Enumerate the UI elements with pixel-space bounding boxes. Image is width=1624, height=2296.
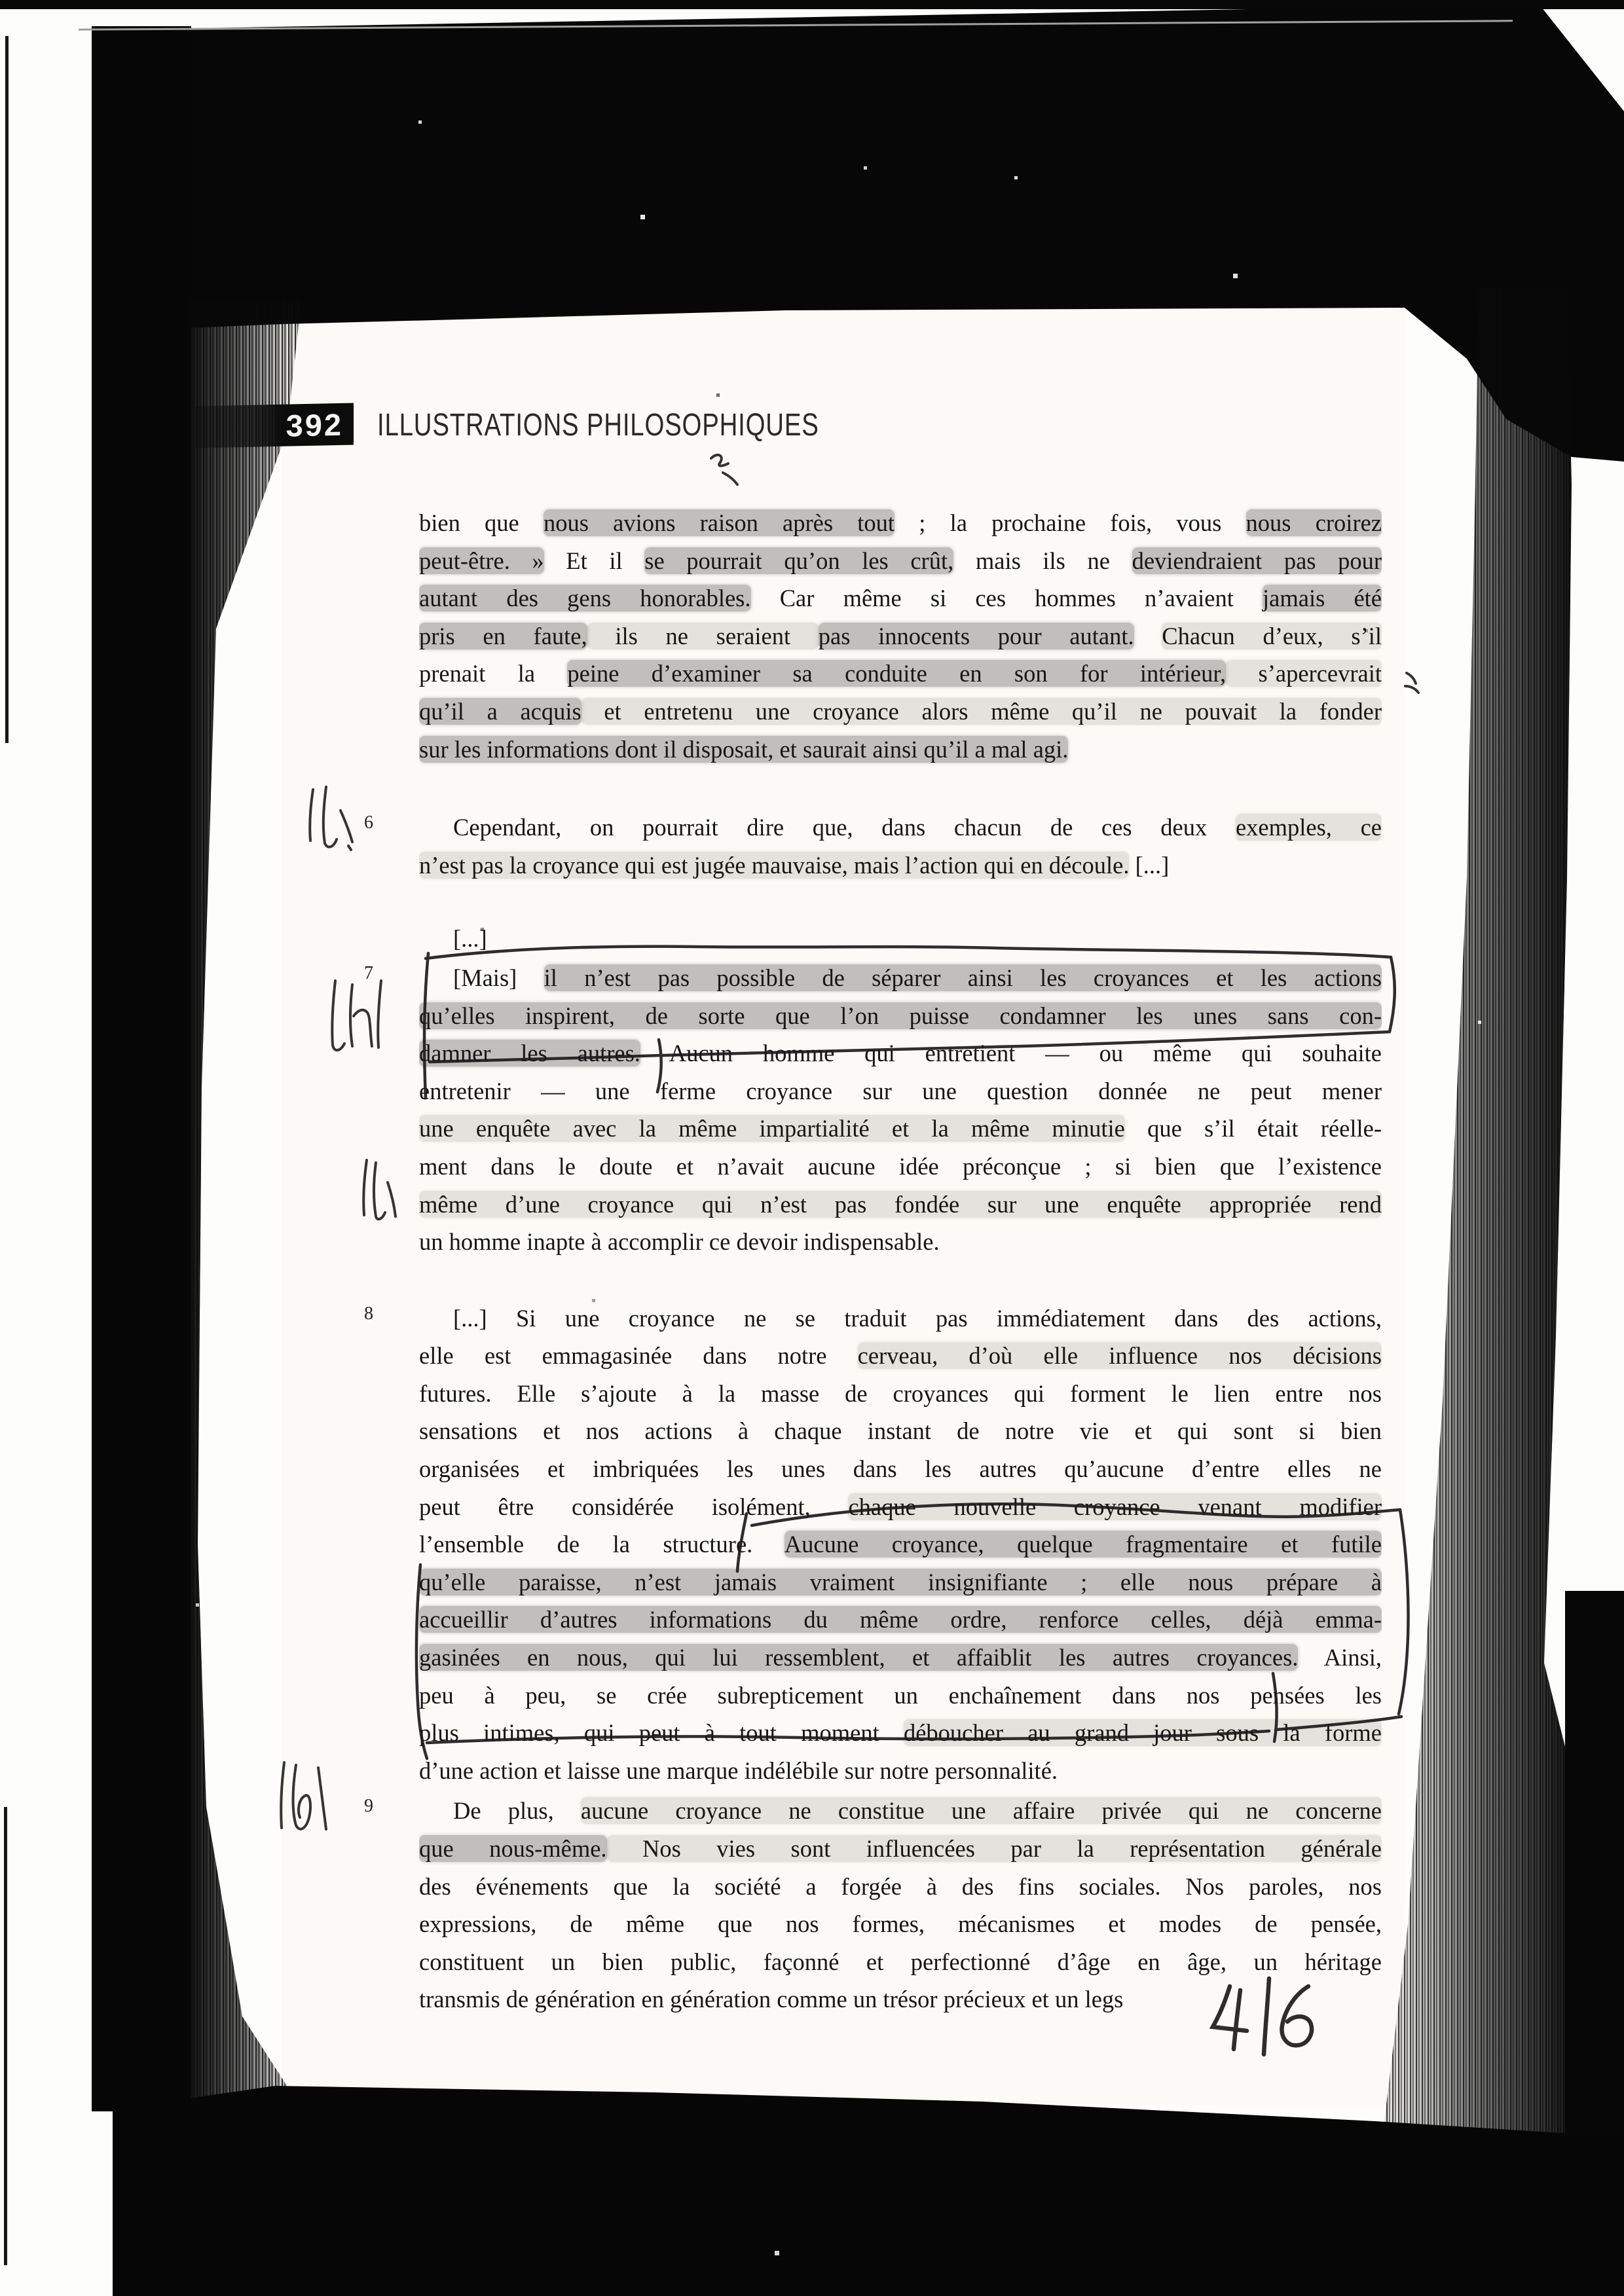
highlighted-text: accueillir d’autres informations du même… [419,1606,1382,1633]
body-text: mais ils ne [953,547,1132,574]
body-text: [Mais] [453,964,544,991]
highlighted-text: une enquête avec la même impartialité et… [419,1115,1125,1142]
highlighted-text: peut-être. » [419,547,544,574]
body-text: ; la prochaine fois, vous [895,509,1246,536]
body-text: bien que [419,509,544,536]
text-line: [Mais] il n’est pas possible de séparer … [419,959,1382,997]
highlighted-text: jamais été [1263,585,1382,611]
body-text: constituent un bien public, façonné et p… [419,1948,1382,1975]
text-line: [...] [419,920,1382,958]
scan-dark-speckles [0,0,2,2]
highlighted-text: et entretenu une croyance alors même qu’… [581,698,1382,725]
text-line: qu’elles inspirent, de sorte que l’on pu… [419,997,1382,1035]
highlighted-text: ils ne seraient [587,623,819,649]
text-line: organisées et imbriquées les unes dans l… [419,1450,1382,1488]
text-line: peu à peu, se crée subrepticement un enc… [419,1677,1382,1715]
text-line: damner les autres. Aucun homme qui entre… [419,1034,1382,1072]
text-line: ment dans le doute et n’avait aucune idé… [419,1148,1382,1186]
highlighted-text: damner les autres. [419,1040,640,1066]
body-text: sensations et nos actions à chaque insta… [419,1417,1382,1444]
highlighted-text: Nos vies sont influencées par la représe… [607,1835,1382,1862]
body-text: plus intimes, qui peut à tout moment [419,1719,904,1746]
highlighted-text: exemples, ce [1236,814,1382,841]
body-text: [...] [1129,852,1169,879]
paragraph: 7[Mais] il n’est pas possible de séparer… [419,959,1382,1261]
paragraph: 9De plus, aucune croyance ne constitue u… [419,1792,1382,2018]
text-line: constituent un bien public, façonné et p… [419,1943,1382,1981]
text-line: entretenir — une ferme croyance sur une … [419,1072,1382,1110]
page-number: 392 [286,406,343,443]
body-text: Cependant, on pourrait dire que, dans ch… [453,814,1236,841]
body-text: Car même si ces hommes n’avaient [751,585,1263,611]
paragraph-number: 9 [364,1796,373,1817]
text-line: elle est emmagasinée dans notre cerveau,… [419,1337,1382,1375]
body-text: transmis de génération en génération com… [419,1986,1123,2013]
paragraph: 8[...] Si une croyance ne se traduit pas… [419,1300,1382,1790]
highlighted-text: qu’elle paraisse, n’est jamais vraiment … [419,1569,1382,1595]
highlighted-text: peine d’examiner sa conduite en son for … [567,660,1226,687]
text-line: accueillir d’autres informations du même… [419,1601,1382,1639]
text-line: gasinées en nous, qui lui ressemblent, e… [419,1639,1382,1677]
text-line: qu’il a acquis et entretenu une croyance… [419,693,1382,731]
text-line: [...] Si une croyance ne se traduit pas … [419,1300,1382,1338]
paragraph-number: 6 [364,812,373,833]
text-line: bien que nous avions raison après tout ;… [419,504,1382,542]
body-text: Et il [544,547,645,574]
scan-left-black-band [92,26,191,2111]
scan-right-streaks [1380,288,1577,2154]
highlighted-text: chaque nouvelle croyance venant modifier [848,1493,1382,1520]
page-edge-line [5,36,9,743]
text-line: plus intimes, qui peut à tout moment déb… [419,1714,1382,1752]
highlighted-text: aucune croyance ne constitue une affaire… [581,1797,1382,1824]
text-line: futures. Elle s’ajoute à la masse de cro… [419,1375,1382,1413]
body-text: entretenir — une ferme croyance sur une … [419,1078,1382,1104]
body-text [1134,623,1162,649]
highlighted-text: qu’il a acquis [419,698,581,725]
body-text: que s’il était réelle- [1125,1115,1382,1142]
text-column: bien que nous avions raison après tout ;… [419,504,1382,2018]
pen-mark-right-margin [1407,673,1416,683]
highlighted-text: pris en faute, [419,623,587,649]
highlighted-text: sur les informations dont il disposait, … [419,736,1068,763]
highlighted-text: gasinées en nous, qui lui ressemblent, e… [419,1644,1298,1671]
highlighted-text: s’apercevrait [1226,660,1382,687]
body-text: l’ensemble de la structure. [419,1531,784,1558]
body-text: Aucun homme qui entretient — ou même qui… [640,1040,1382,1066]
paragraph-number: 8 [364,1303,373,1324]
highlighted-text: que nous-même. [419,1835,607,1862]
highlighted-text: pas innocents pour autant. [819,623,1134,649]
text-line: que nous-même. Nos vies sont influencées… [419,1830,1382,1868]
text-line: un homme inapte à accomplir ce devoir in… [419,1223,1382,1261]
text-line: De plus, aucune croyance ne constitue un… [419,1792,1382,1830]
text-line: n’est pas la croyance qui est jugée mauv… [419,847,1382,884]
scan-top-edge-strip [0,0,1624,9]
paragraph: bien que nous avions raison après tout ;… [419,504,1382,768]
text-line: transmis de génération en génération com… [419,1980,1382,2018]
running-header: ILLUSTRATIONS PHILOSOPHIQUES [377,407,819,443]
highlighted-text: cerveau, d’où elle influence nos décisio… [858,1342,1382,1369]
text-line: même d’une croyance qui n’est pas fondée… [419,1186,1382,1224]
highlighted-text: autant des gens honorables. [419,585,751,611]
text-line: sensations et nos actions à chaque insta… [419,1412,1382,1450]
highlighted-text: même d’une croyance qui n’est pas fondée… [419,1191,1382,1218]
highlighted-text: deviendraient pas pour [1132,547,1382,574]
text-line: peut être considérée isolément, chaque n… [419,1488,1382,1526]
text-line: des événements que la société a forgée à… [419,1868,1382,1906]
text-line: l’ensemble de la structure. Aucune croya… [419,1525,1382,1563]
body-text: elle est emmagasinée dans notre [419,1342,858,1369]
body-text: peu à peu, se crée subrepticement un enc… [419,1682,1382,1709]
page-edge-line [4,1807,7,2265]
paragraph-number: 7 [364,963,373,984]
text-line: peut-être. » Et il se pourrait qu’on les… [419,542,1382,580]
body-text: De plus, [453,1797,581,1824]
body-text: organisées et imbriquées les unes dans l… [419,1455,1382,1482]
highlighted-text: qu’elles inspirent, de sorte que l’on pu… [419,1002,1382,1029]
body-text: prenait la [419,660,567,687]
body-text: Ainsi, [1298,1644,1382,1671]
text-line: sur les informations dont il disposait, … [419,731,1382,769]
body-text: peut être considérée isolément, [419,1493,848,1520]
highlighted-text: n’est pas la croyance qui est jugée mauv… [419,852,1129,879]
text-line: prenait la peine d’examiner sa conduite … [419,655,1382,693]
text-line: pris en faute, ils ne seraient pas innoc… [419,617,1382,655]
body-text: d’une action et laisse une marque indélé… [419,1757,1058,1784]
highlighted-text: nous croirez [1246,509,1382,536]
body-text: [...] [453,925,487,952]
page-number-box: 392 [195,403,354,448]
body-text: un homme inapte à accomplir ce devoir in… [419,1228,940,1255]
text-line: d’une action et laisse une marque indélé… [419,1752,1382,1790]
text-line: une enquête avec la même impartialité et… [419,1110,1382,1148]
text-line: qu’elle paraisse, n’est jamais vraiment … [419,1563,1382,1601]
scanned-document-page: 392 ILLUSTRATIONS PHILOSOPHIQUES bien qu… [0,0,1624,2296]
body-text: expressions, de même que nos formes, méc… [419,1910,1382,1937]
text-line: expressions, de même que nos formes, méc… [419,1905,1382,1943]
highlighted-text: Chacun d’eux, s’il [1162,623,1382,649]
paragraph: [...] [419,920,1382,958]
highlighted-text: Aucune croyance, quelque fragmentaire et… [784,1531,1382,1558]
body-text: ment dans le doute et n’avait aucune idé… [419,1153,1382,1180]
highlighted-text: nous avions raison après tout [544,509,895,536]
highlighted-text: il n’est pas possible de séparer ainsi l… [544,964,1382,991]
paragraph: 6Cependant, on pourrait dire que, dans c… [419,809,1382,884]
body-text: futures. Elle s’ajoute à la masse de cro… [419,1380,1382,1407]
body-text: [...] Si une croyance ne se traduit pas … [453,1305,1382,1332]
highlighted-text: déboucher au grand jour sous la forme [904,1719,1382,1746]
text-line: autant des gens honorables. Car même si … [419,579,1382,617]
highlighted-text: se pourrait qu’on les crût, [644,547,953,574]
body-text: des événements que la société a forgée à… [419,1873,1382,1900]
text-line: Cependant, on pourrait dire que, dans ch… [419,809,1382,847]
